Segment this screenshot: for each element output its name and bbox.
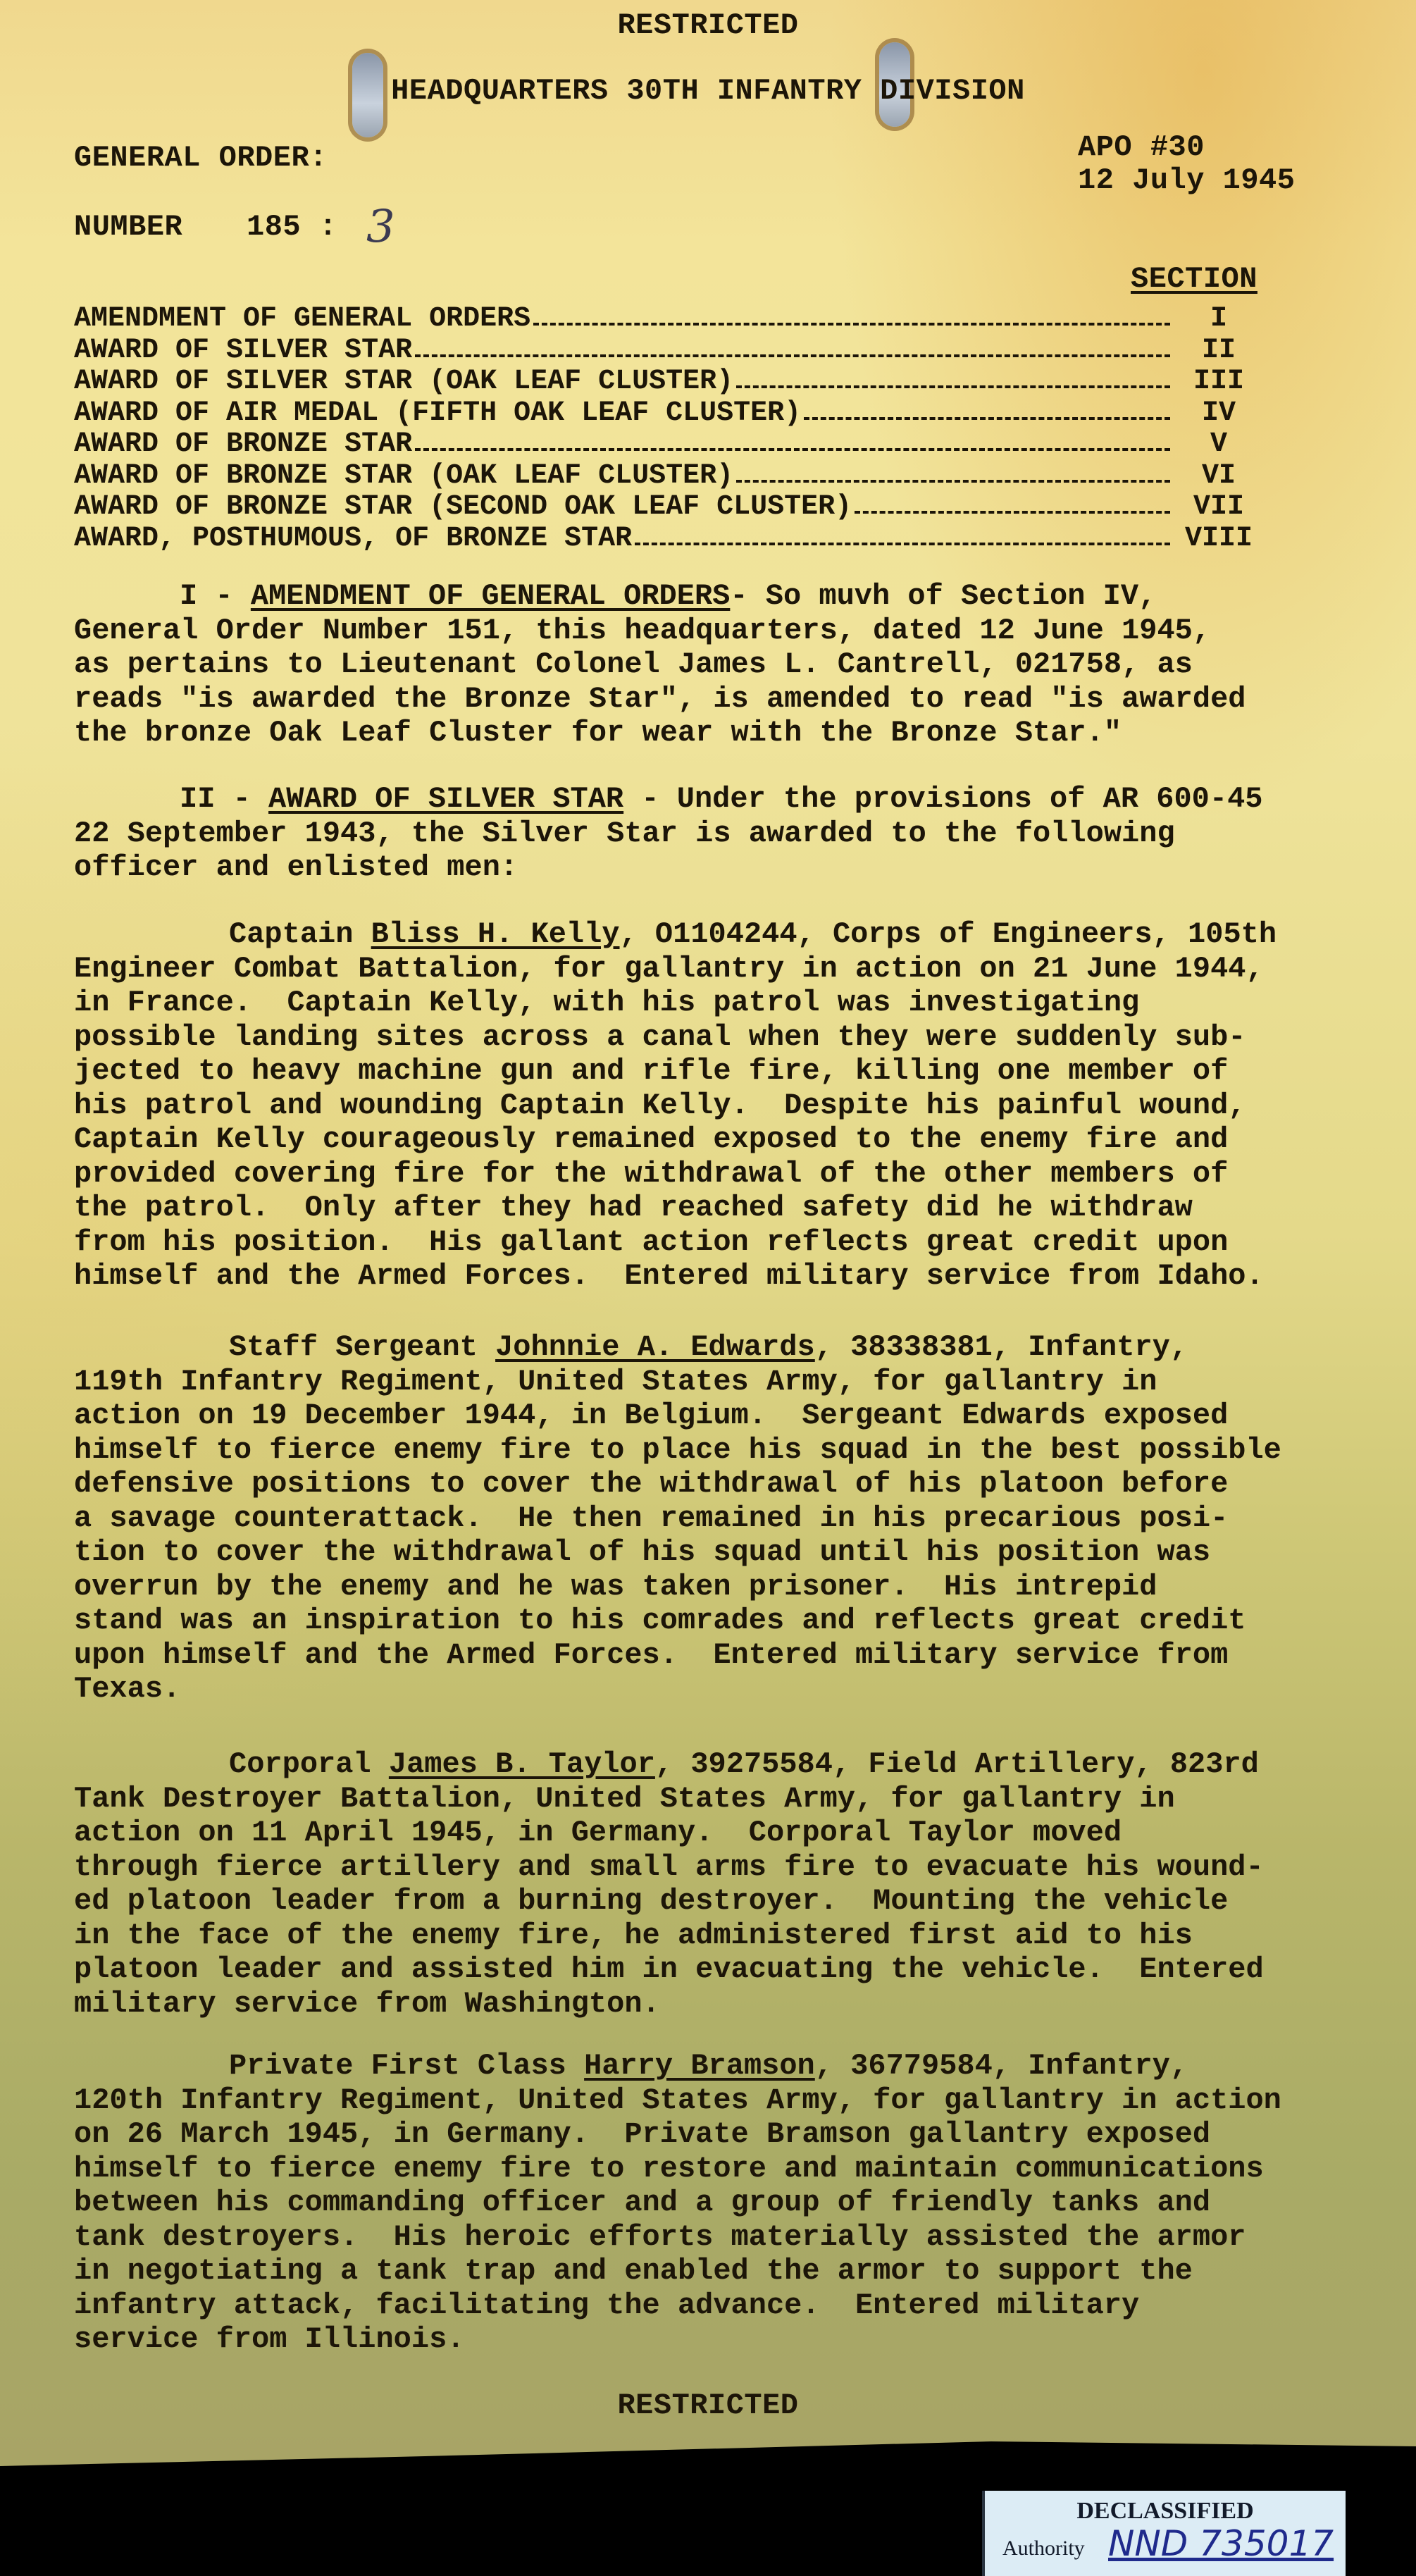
leader-dots — [855, 511, 1170, 514]
stamp-authority-label: Authority — [1002, 2537, 1085, 2560]
section-2-silver-star: II - AWARD OF SILVER STAR - Under the pr… — [74, 782, 1384, 885]
section-1-amendment: I - AMENDMENT OF GENERAL ORDERS- So muvh… — [74, 579, 1384, 750]
order-date: 12 July 1945 — [1078, 163, 1295, 197]
general-order-label: GENERAL ORDER: — [74, 141, 328, 175]
declassified-stamp: DECLASSIFIED Authority NND 735017 — [982, 2491, 1346, 2576]
toc-section-header: SECTION — [1131, 262, 1257, 296]
leader-dots — [804, 417, 1170, 420]
classification-bottom: RESTRICTED — [0, 2389, 1416, 2422]
number-label: NUMBER — [74, 210, 182, 244]
classification-top: RESTRICTED — [0, 8, 1416, 42]
stamp-authority-value: NND 735017 — [1108, 2523, 1334, 2564]
section-title: AMENDMENT OF GENERAL ORDERS — [251, 579, 731, 613]
toc-row: AWARD OF BRONZE STAR (SECOND OAK LEAF CL… — [74, 491, 1257, 523]
stamp-title: DECLASSIFIED — [985, 2498, 1346, 2525]
leader-dots — [736, 385, 1170, 388]
leader-dots — [533, 323, 1170, 326]
leader-dots — [415, 448, 1170, 451]
table-of-contents: AMENDMENT OF GENERAL ORDERSI AWARD OF SI… — [74, 303, 1257, 554]
toc-row: AWARD, POSTHUMOUS, OF BRONZE STARVIII — [74, 523, 1257, 555]
recipient-name: Johnnie A. Edwards — [495, 1330, 815, 1364]
headquarters-title: HEADQUARTERS 30TH INFANTRY DIVISION — [0, 74, 1416, 108]
citation-taylor: Corporal James B. Taylor, 39275584, Fiel… — [74, 1747, 1384, 2021]
recipient-name: Bliss H. Kelly — [371, 917, 620, 951]
citation-kelly: Captain Bliss H. Kelly, O1104244, Corps … — [74, 917, 1384, 1294]
toc-row: AWARD OF BRONZE STARV — [74, 428, 1257, 460]
apo-number: APO #30 — [1078, 130, 1205, 164]
recipient-name: Harry Bramson — [584, 2049, 815, 2083]
citation-edwards: Staff Sergeant Johnnie A. Edwards, 38338… — [74, 1330, 1384, 1707]
leader-dots — [415, 354, 1170, 357]
toc-row: AWARD OF BRONZE STAR (OAK LEAF CLUSTER)V… — [74, 460, 1257, 492]
toc-row: AMENDMENT OF GENERAL ORDERSI — [74, 303, 1257, 335]
toc-row: AWARD OF AIR MEDAL (FIFTH OAK LEAF CLUST… — [74, 397, 1257, 429]
section-title: AWARD OF SILVER STAR — [268, 782, 623, 816]
toc-row: AWARD OF SILVER STAR (OAK LEAF CLUSTER)I… — [74, 366, 1257, 397]
toc-row: AWARD OF SILVER STARII — [74, 335, 1257, 366]
handwritten-mark: 3 — [366, 201, 395, 253]
citation-bramson: Private First Class Harry Bramson, 36779… — [74, 2049, 1384, 2357]
leader-dots — [736, 480, 1170, 483]
leader-dots — [635, 543, 1170, 545]
order-number: 185 : — [247, 210, 337, 244]
recipient-name: James B. Taylor — [389, 1747, 655, 1781]
